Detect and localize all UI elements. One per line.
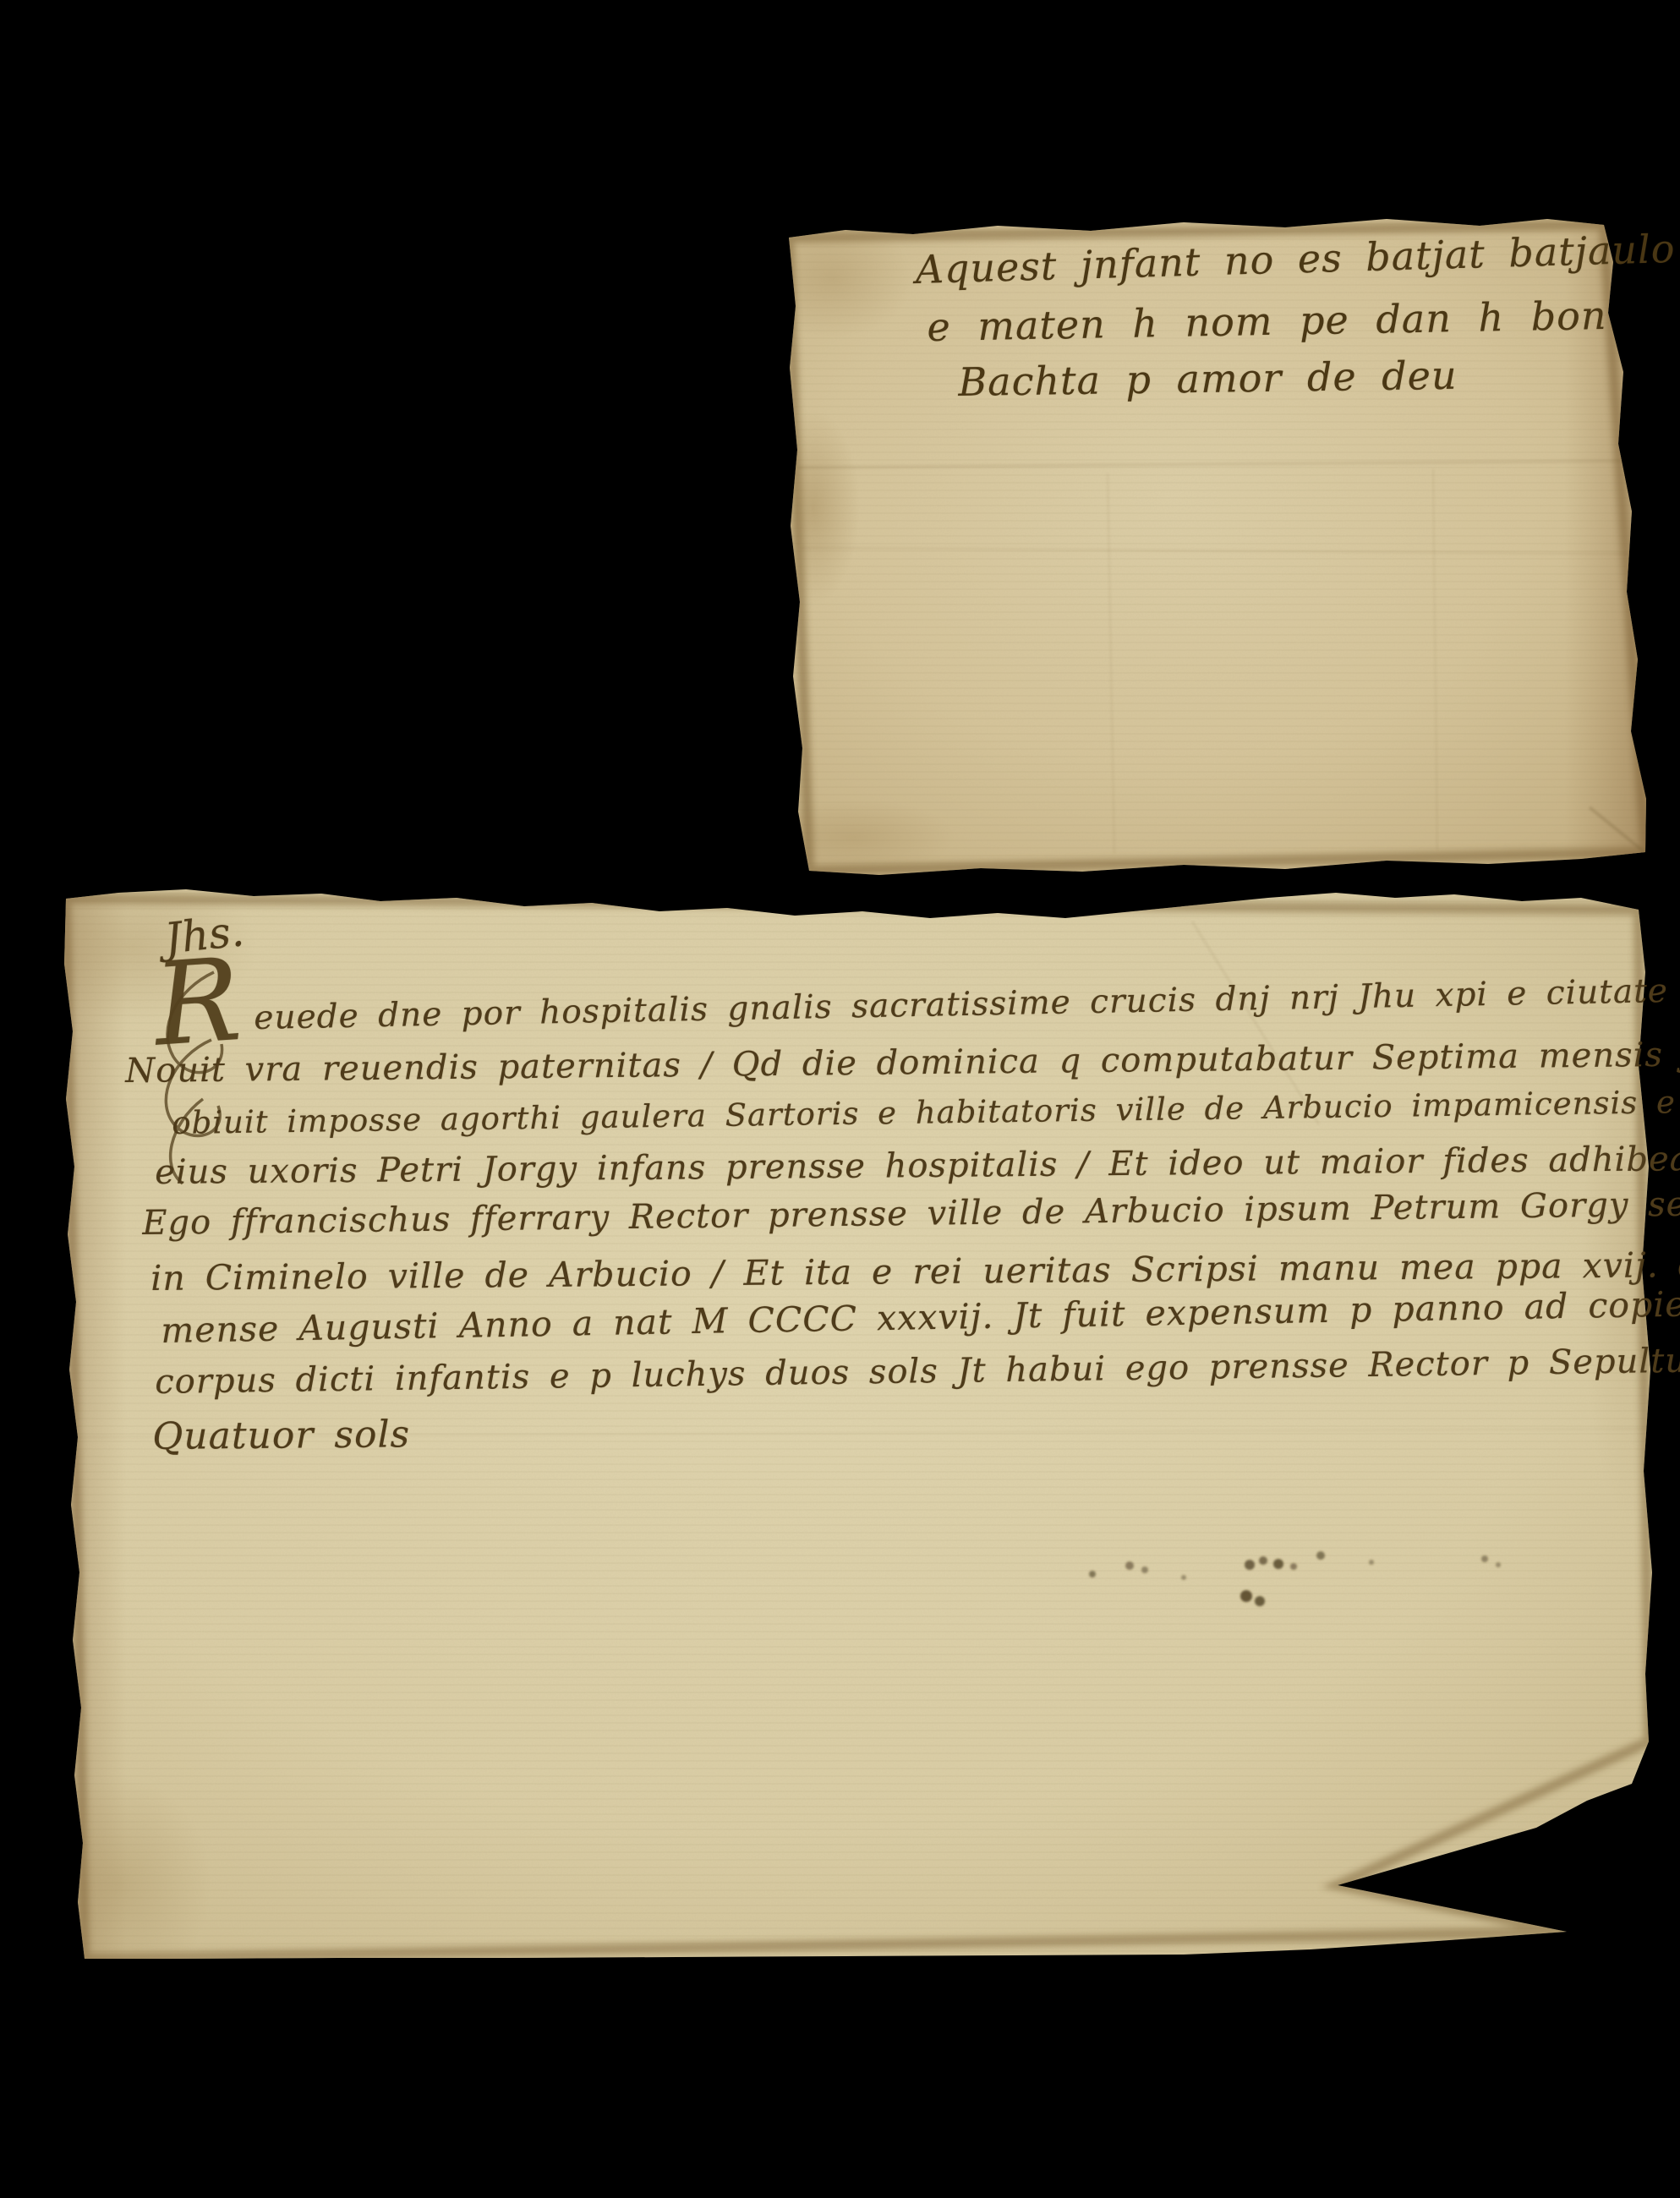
document-line-9: Quatuor sols bbox=[152, 1413, 410, 1458]
photograph-canvas: Aquest jnfant no es batjat batjaulo e ma… bbox=[0, 0, 1680, 2198]
drop-cap-initial: R bbox=[150, 943, 244, 1063]
top-note-line-3: Bachta p amor de deu bbox=[958, 353, 1458, 405]
